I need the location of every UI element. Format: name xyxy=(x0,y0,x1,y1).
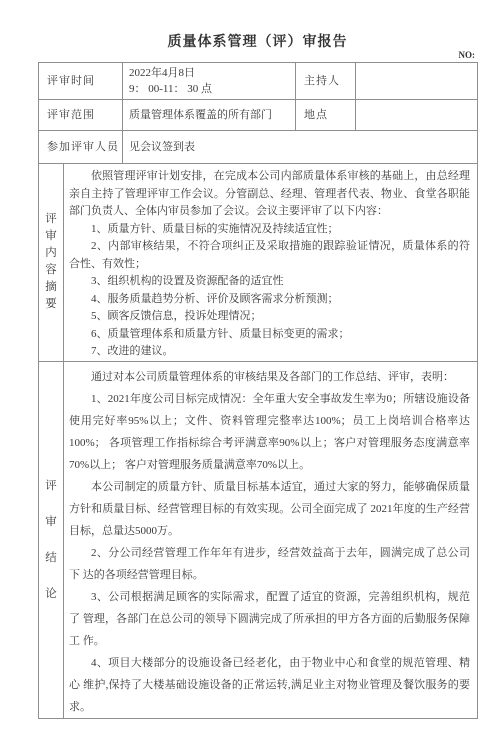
conclusion-paragraph: 通过对本公司质量管理体系的审核结果及各部门的工作总结、评审，表明： xyxy=(69,366,470,388)
summary-paragraph: 3、组织机构的设置及资源配备的适宜性 xyxy=(69,273,470,291)
review-scope-label: 评审范围 xyxy=(39,100,123,131)
summary-label: 评审内容摘要 xyxy=(45,211,58,313)
conclusion-paragraph: 3、公司根据满足顾客的实际需求，配置了适宜的资源，完善组织机构，规范了 管理，各… xyxy=(69,586,470,652)
conclusion-label-cell: 评审结论 xyxy=(39,361,64,718)
review-scope-row: 评审范围 质量管理体系覆盖的所有部门 地点 xyxy=(39,100,478,131)
review-time-label: 评审时间 xyxy=(39,63,123,100)
doc-number-label: NO: xyxy=(38,50,475,60)
conclusion-paragraph: 本公司制定的质量方针、质量目标基本适宜，通过大家的努力，能够确保质量 方针和质量… xyxy=(69,476,470,542)
conclusion-paragraph: 4、项目大楼部分的设施设备已经老化，由于物业中心和食堂的规范管理、精心 维护,保… xyxy=(69,652,470,718)
conclusion-paragraph: 2、分公司经营管理工作年年有进步，经营效益高于去年，圆满完成了总公司下 达的各项… xyxy=(69,542,470,586)
location-value-cell xyxy=(356,100,478,131)
summary-content: 依照管理评审计划安排，在完成本公司内部质量体系审核的基础上，由总经理亲自主持了管… xyxy=(64,164,478,362)
review-time-row: 评审时间 2022年4月8日 9： 00-11： 30 点 主持人 xyxy=(39,63,478,100)
location-label: 地点 xyxy=(296,100,356,131)
conclusion-row: 评审结论 通过对本公司质量管理体系的审核结果及各部门的工作总结、评审，表明： 1… xyxy=(39,361,478,718)
review-time-value: 2022年4月8日 9： 00-11： 30 点 xyxy=(123,63,296,100)
summary-paragraph: 依照管理评审计划安排，在完成本公司内部质量体系审核的基础上，由总经理亲自主持了管… xyxy=(69,168,470,221)
participants-value: 见会议签到表 xyxy=(123,131,478,164)
host-label: 主持人 xyxy=(296,63,356,100)
summary-paragraph: 4、服务质量趋势分析、评价及顾客需求分析预测； xyxy=(69,291,470,309)
participants-label: 参加评审人员 xyxy=(39,131,123,164)
host-value-cell xyxy=(356,63,478,100)
summary-label-cell: 评审内容摘要 xyxy=(39,164,64,362)
participants-row: 参加评审人员 见会议签到表 xyxy=(39,131,478,164)
review-table: 评审时间 2022年4月8日 9： 00-11： 30 点 主持人 评审范围 质… xyxy=(38,62,478,719)
summary-row: 评审内容摘要 依照管理评审计划安排，在完成本公司内部质量体系审核的基础上，由总经… xyxy=(39,164,478,362)
conclusion-content: 通过对本公司质量管理体系的审核结果及各部门的工作总结、评审，表明： 1、2021… xyxy=(64,361,478,718)
summary-paragraph: 5、顾客反馈信息，投诉处理情况； xyxy=(69,308,470,326)
document-page: 质量体系管理（评）审报告 NO: 评审时间 2022年4月8日 9： 00-11… xyxy=(0,0,500,729)
conclusion-paragraph: 1、2021年度公司目标完成情况：全年重大安全事故发生率为0；所辖设施设备 使用… xyxy=(69,388,470,476)
summary-paragraph: 2、内部审核结果，不符合项纠正及采取措施的跟踪验证情况，质量体系的符合性、有效性… xyxy=(69,238,470,273)
review-scope-value: 质量管理体系覆盖的所有部门 xyxy=(123,100,296,131)
summary-paragraph: 6、质量管理体系和质量方针、质量目标变更的需求； xyxy=(69,326,470,344)
conclusion-label: 评审结论 xyxy=(45,468,58,612)
summary-paragraph: 7、改进的建议。 xyxy=(69,343,470,361)
summary-paragraph: 1、质量方针、质量目标的实施情况及持续适宜性； xyxy=(69,221,470,239)
page-title: 质量体系管理（评）审报告 xyxy=(38,31,477,51)
